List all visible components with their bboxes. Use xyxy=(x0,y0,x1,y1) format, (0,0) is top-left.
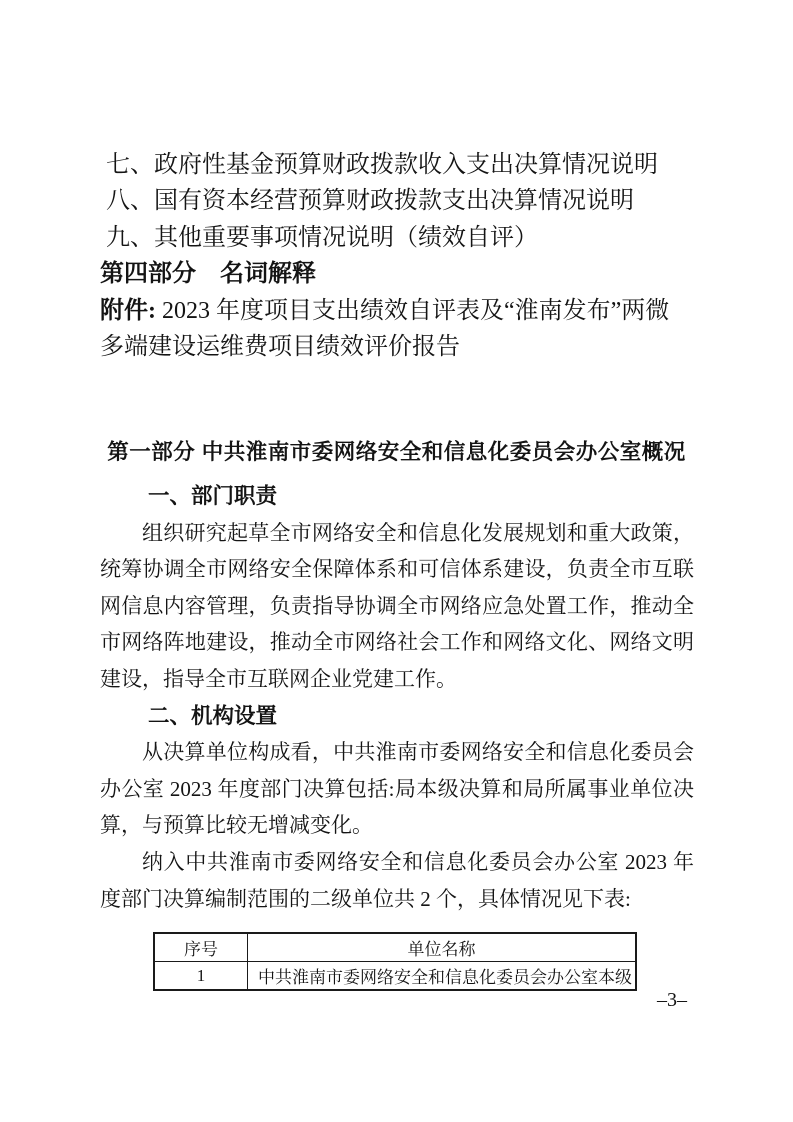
paragraph-line: 统筹协调全市网络安全保障体系和可信体系建设，负责全市互联 xyxy=(100,551,694,588)
paragraph-line: 算，与预算比较无增减变化。 xyxy=(100,807,694,844)
table-header-cell-seq: 序号 xyxy=(154,933,248,962)
toc-block: 七、政府性基金预算财政拨款收入支出决算情况说明 八、国有资本经营预算财政拨款支出… xyxy=(100,147,706,365)
paragraph-line: 从决算单位构成看，中共淮南市委网络安全和信息化委员会 xyxy=(100,734,694,771)
page-number: –3– xyxy=(648,988,696,1012)
attachment-text: 2023 年度项目支出绩效自评表及“淮南发布”两微 xyxy=(156,298,669,324)
table-cell-name: 中共淮南市委网络安全和信息化委员会办公室本级 xyxy=(248,962,637,991)
table-cell-seq: 1 xyxy=(154,962,248,991)
units-table: 序号 单位名称 1 中共淮南市委网络安全和信息化委员会办公室本级 xyxy=(153,932,637,991)
paragraph-line: 办公室 2023 年度部门决算包括:局本级决算和局所属事业单位决 xyxy=(100,771,694,808)
section-title: 第一部分 中共淮南市委网络安全和信息化委员会办公室概况 xyxy=(0,434,793,471)
table-header-row: 序号 单位名称 xyxy=(154,933,636,962)
paragraph-line: 纳入中共淮南市委网络安全和信息化委员会办公室 2023 年 xyxy=(100,844,694,881)
paragraph-line: 度部门决算编制范围的二级单位共 2 个，具体情况见下表: xyxy=(100,881,694,918)
toc-part4-heading: 第四部分 名词解释 xyxy=(100,256,706,292)
toc-item-8: 八、国有资本经营预算财政拨款支出决算情况说明 xyxy=(100,183,706,219)
attachment-note-line2: 多端建设运维费项目绩效评价报告 xyxy=(100,329,706,365)
subsection-heading-2: 二、机构设置 xyxy=(100,698,694,735)
attachment-note-line1: 附件: 2023 年度项目支出绩效自评表及“淮南发布”两微 xyxy=(100,293,706,329)
paragraph-line: 网信息内容管理，负责指导协调全市网络应急处置工作，推动全 xyxy=(100,588,694,625)
body-text: 一、部门职责 组织研究起草全市网络安全和信息化发展规划和重大政策， 统筹协调全市… xyxy=(100,478,694,917)
document-page: 七、政府性基金预算财政拨款收入支出决算情况说明 八、国有资本经营预算财政拨款支出… xyxy=(0,0,793,1122)
paragraph-line: 市网络阵地建设，推动全市网络社会工作和网络文化、网络文明 xyxy=(100,624,694,661)
table-row: 1 中共淮南市委网络安全和信息化委员会办公室本级 xyxy=(154,962,636,991)
attachment-label: 附件: xyxy=(100,298,156,324)
table-header-cell-name: 单位名称 xyxy=(248,933,637,962)
paragraph-line: 建设，指导全市互联网企业党建工作。 xyxy=(100,661,694,698)
toc-item-7: 七、政府性基金预算财政拨款收入支出决算情况说明 xyxy=(100,147,706,183)
paragraph-line: 组织研究起草全市网络安全和信息化发展规划和重大政策， xyxy=(100,515,694,552)
toc-item-9: 九、其他重要事项情况说明（绩效自评） xyxy=(100,220,706,256)
subsection-heading-1: 一、部门职责 xyxy=(100,478,694,515)
